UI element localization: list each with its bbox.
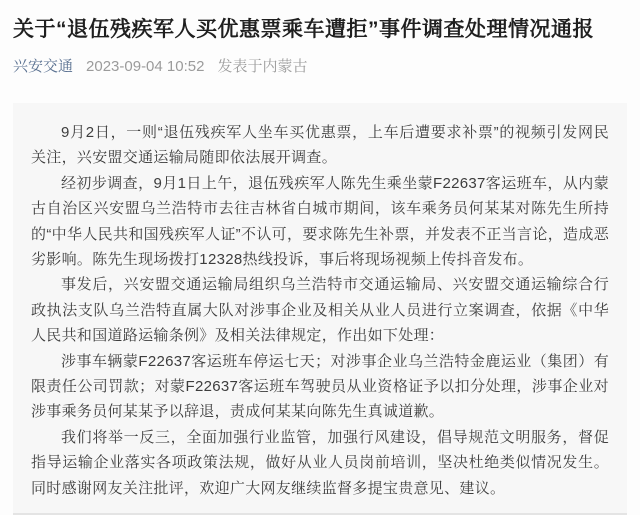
notice-paragraph-5: 我们将举一反三，全面加强行业监管，加强行风建设，倡导规范文明服务，督促指导运输企… [31,425,609,501]
notice-paragraph-3: 事发后，兴安盟交通运输局组织乌兰浩特市交通运输局、兴安盟交通运输综合行政执法支队… [31,272,609,348]
article-title: 关于“退伍残疾军人买优惠票乘车遭拒”事件调查处理情况通报 [13,15,627,45]
notice-paragraph-1: 9月2日，一则“退伍残疾军人坐车买优惠票，上车后遭要求补票”的视频引发网民关注，… [31,120,609,171]
notice-body: 9月2日，一则“退伍残疾军人坐车买优惠票，上车后遭要求补票”的视频引发网民关注，… [13,103,627,515]
notice-paragraph-2: 经初步调查，9月1日上午，退伍残疾军人陈先生乘坐蒙F22637客运班车，从内蒙古… [31,171,609,273]
byline: 兴安交通 2023-09-04 10:52 发表于内蒙古 [13,58,627,76]
notice-paragraph-4: 涉事车辆蒙F22637客运班车停运七天；对涉事企业乌兰浩特金鹿运业（集团）有限责… [31,349,609,425]
publish-location: 发表于内蒙古 [217,58,307,76]
account-name-link[interactable]: 兴安交通 [13,58,73,76]
publish-timestamp: 2023-09-04 10:52 [86,58,204,76]
article-page: 关于“退伍残疾军人买优惠票乘车遭拒”事件调查处理情况通报 兴安交通 2023-0… [0,15,640,515]
